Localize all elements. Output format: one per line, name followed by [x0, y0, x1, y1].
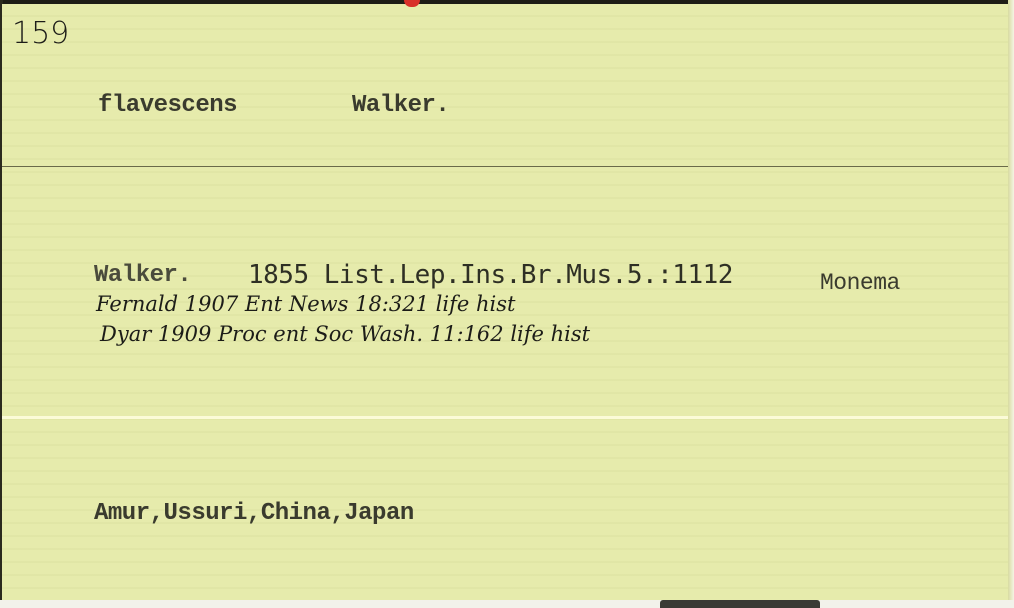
index-card: 159 flavescens Walker. Walker. 1855 List…	[2, 4, 1010, 602]
handwritten-note-fernald: Fernald 1907 Ent News 18:321 life hist	[96, 292, 515, 316]
species-author: Walker.	[352, 92, 449, 119]
citation-author: Walker.	[94, 262, 191, 289]
card-right-edge	[1008, 0, 1014, 608]
header-divider-line	[2, 166, 1010, 167]
species-name: flavescens	[98, 92, 237, 119]
citation-reference: 1855 List.Lep.Ins.Br.Mus.5.:1112	[248, 260, 733, 290]
bottom-tab-shadow	[660, 600, 820, 608]
card-bottom-edge	[0, 600, 1014, 608]
card-number: 159	[12, 16, 69, 51]
section-divider-line	[2, 416, 1010, 419]
citation-genus: Monema	[820, 270, 900, 296]
handwritten-note-dyar: Dyar 1909 Proc ent Soc Wash. 11:162 life…	[100, 322, 590, 346]
distribution: Amur,Ussuri,China,Japan	[94, 500, 414, 527]
